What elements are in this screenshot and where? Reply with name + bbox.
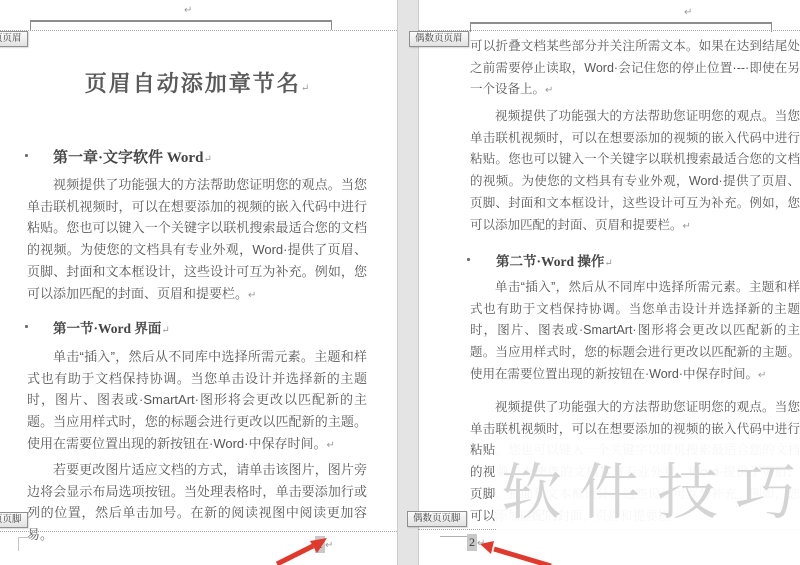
even-page-header-tab: 偶数页页眉	[409, 31, 469, 47]
paragraph-mark-icon: ↵	[604, 258, 612, 269]
text-boundary-corner-icon	[18, 537, 31, 551]
paragraph-mark-icon: ↵	[184, 5, 192, 16]
header-boundary-line	[470, 22, 772, 24]
paragraph-mark-icon: ↵	[477, 538, 485, 549]
chapter-heading[interactable]: 第一章·文字软件 Word↵	[53, 146, 212, 167]
section-heading[interactable]: 第二节·Word 操作↵	[496, 250, 613, 270]
paragraph-mark-icon: ↵	[325, 540, 333, 551]
footer-area-boundary	[0, 531, 397, 532]
paragraph-mark-icon: ↵	[161, 325, 169, 336]
body-paragraph[interactable]: 视频提供了功能强大的方法帮助您证明您的观点。当您单击联机视频时，可以在想要添加的…	[470, 106, 800, 237]
paragraph-mark-icon: ↵	[248, 290, 256, 301]
list-bullet-icon	[25, 325, 28, 328]
body-paragraph[interactable]: 可以折叠文档某些部分并关注所需文本。如果在达到结尾处之前需要停止读取，Word·…	[470, 36, 800, 102]
page-number-field-2[interactable]: 2↵	[467, 533, 485, 551]
odd-page-header-tab: 奇数页页眉	[0, 31, 28, 47]
paragraph-mark-icon: ↵	[203, 154, 211, 165]
section-heading[interactable]: 第一节·Word 界面↵	[53, 317, 170, 337]
body-paragraph[interactable]: 视频提供了功能强大的方法帮助您证明您的观点。当您单击联机视频时，可以在想要添加的…	[27, 174, 367, 306]
paragraph-mark-icon: ↵	[326, 440, 334, 451]
word-two-page-view: ↵ 奇数页页眉 页眉自动添加章节名↵ 第一章·文字软件 Word↵ 视频提供了功…	[0, 0, 800, 565]
header-area-boundary	[418, 30, 800, 31]
body-paragraph[interactable]: 若要更改图片适应文档的方式，请单击该图片，图片旁边将会显示布局选项按钮。当处理表…	[27, 459, 367, 546]
paragraph-mark-icon: ↵	[301, 83, 309, 94]
paragraph-mark-icon: ↵	[683, 221, 691, 232]
paragraph-mark-icon: ↵	[545, 85, 553, 96]
header-area-boundary	[0, 30, 397, 31]
body-paragraph[interactable]: 单击“插入”，然后从不同库中选择所需元素。主题和样式也有助于文档保持协调。当您单…	[27, 346, 367, 457]
list-bullet-icon	[467, 258, 470, 261]
even-page-footer-tab: 偶数页页脚	[407, 511, 467, 527]
boundary-tick-icon	[30, 21, 31, 30]
watermark-overlay: 软件技巧	[496, 436, 800, 546]
text-boundary-corner-icon	[440, 536, 468, 537]
watermark-text: 软件技巧	[501, 462, 800, 523]
body-paragraph[interactable]: 单击“插入”，然后从不同库中选择所需元素。主题和样式也有助于文档保持协调。当您单…	[470, 277, 800, 387]
page-number-field-1[interactable]: 1↵	[315, 535, 333, 553]
document-title[interactable]: 页眉自动添加章节名↵	[30, 70, 364, 103]
list-bullet-icon	[25, 154, 28, 157]
header-boundary-line	[30, 20, 332, 22]
boundary-tick-icon	[331, 21, 332, 30]
paragraph-mark-icon: ↵	[758, 370, 766, 381]
odd-page-footer-tab: 奇数页页脚	[0, 512, 28, 528]
paragraph-mark-icon: ↵	[684, 7, 692, 18]
